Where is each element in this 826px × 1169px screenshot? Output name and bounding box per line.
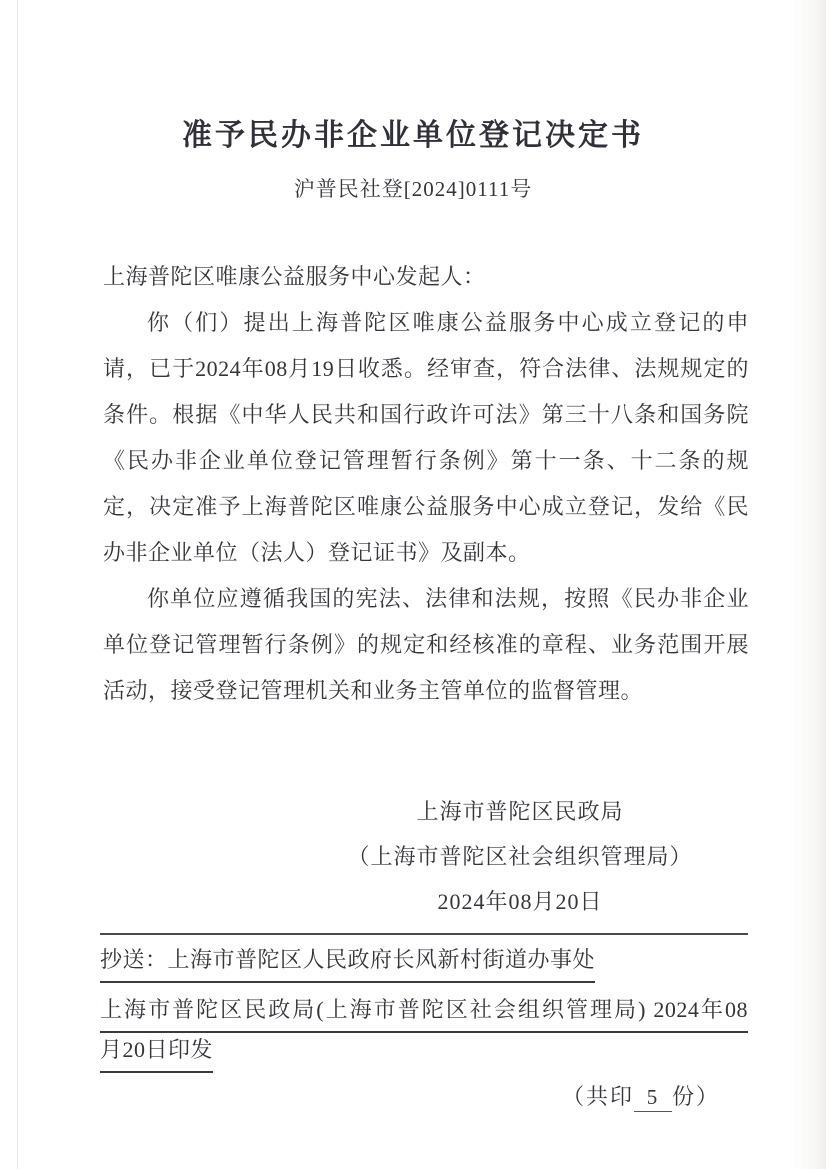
body-line: 你单位应遵循我国的宪法、法律和法规，按照《民办非企业	[103, 576, 749, 622]
footer-issue-line-2: 月20日印发	[100, 1033, 748, 1073]
footer-cc-line: 抄送：上海市普陀区人民政府长风新村街道办事处	[100, 943, 748, 983]
copies-prefix: （共印	[562, 1084, 634, 1109]
body-line: 定，决定准予上海普陀区唯康公益服务中心成立登记，发给《民	[103, 484, 749, 530]
footer-cc-text: 抄送：上海市普陀区人民政府长风新村街道办事处	[100, 943, 595, 983]
signature-org-alt: （上海市普陀区社会组织管理局）	[308, 834, 732, 879]
body-line: 条件。根据《中华人民共和国行政许可法》第三十八条和国务院	[103, 392, 749, 438]
print-copies-note: （共印5份）	[562, 1080, 720, 1112]
signature-date: 2024年08月20日	[308, 879, 732, 924]
body-line: 请，已于2024年08月19日收悉。经审查，符合法律、法规规定的	[103, 346, 749, 392]
scanned-official-document: { "doc": { "title": "准予民办非企业单位登记决定书", "d…	[0, 0, 826, 1169]
copies-count: 5	[634, 1085, 672, 1112]
body-line: 《民办非企业单位登记管理暂行条例》第十一条、十二条的规	[103, 438, 749, 484]
footer-separator-rule	[100, 933, 748, 935]
copies-suffix: 份）	[672, 1084, 720, 1109]
footer-issue-text-2: 月20日印发	[100, 1033, 213, 1073]
body-line: 办非企业单位（法人）登记证书》及副本。	[103, 530, 749, 576]
document-title: 准予民办非企业单位登记决定书	[0, 110, 826, 154]
footer-issue-line-1: 上海市普陀区民政局(上海市普陀区社会组织管理局) 2024年08	[100, 993, 748, 1033]
signature-org: 上海市普陀区民政局	[308, 789, 732, 834]
body-line: 活动，接受登记管理机关和业务主管单位的监督管理。	[103, 668, 749, 714]
salutation-line: 上海普陀区唯康公益服务中心发起人：	[103, 254, 749, 300]
document-body: 上海普陀区唯康公益服务中心发起人： 你（们）提出上海普陀区唯康公益服务中心成立登…	[103, 254, 749, 714]
document-number: 沪普民社登[2024]0111号	[0, 173, 826, 203]
body-line: 单位登记管理暂行条例》的规定和经核准的章程、业务范围开展	[103, 622, 749, 668]
body-line: 你（们）提出上海普陀区唯康公益服务中心成立登记的申	[103, 300, 749, 346]
signature-block: 上海市普陀区民政局 （上海市普陀区社会组织管理局） 2024年08月20日	[308, 789, 732, 924]
